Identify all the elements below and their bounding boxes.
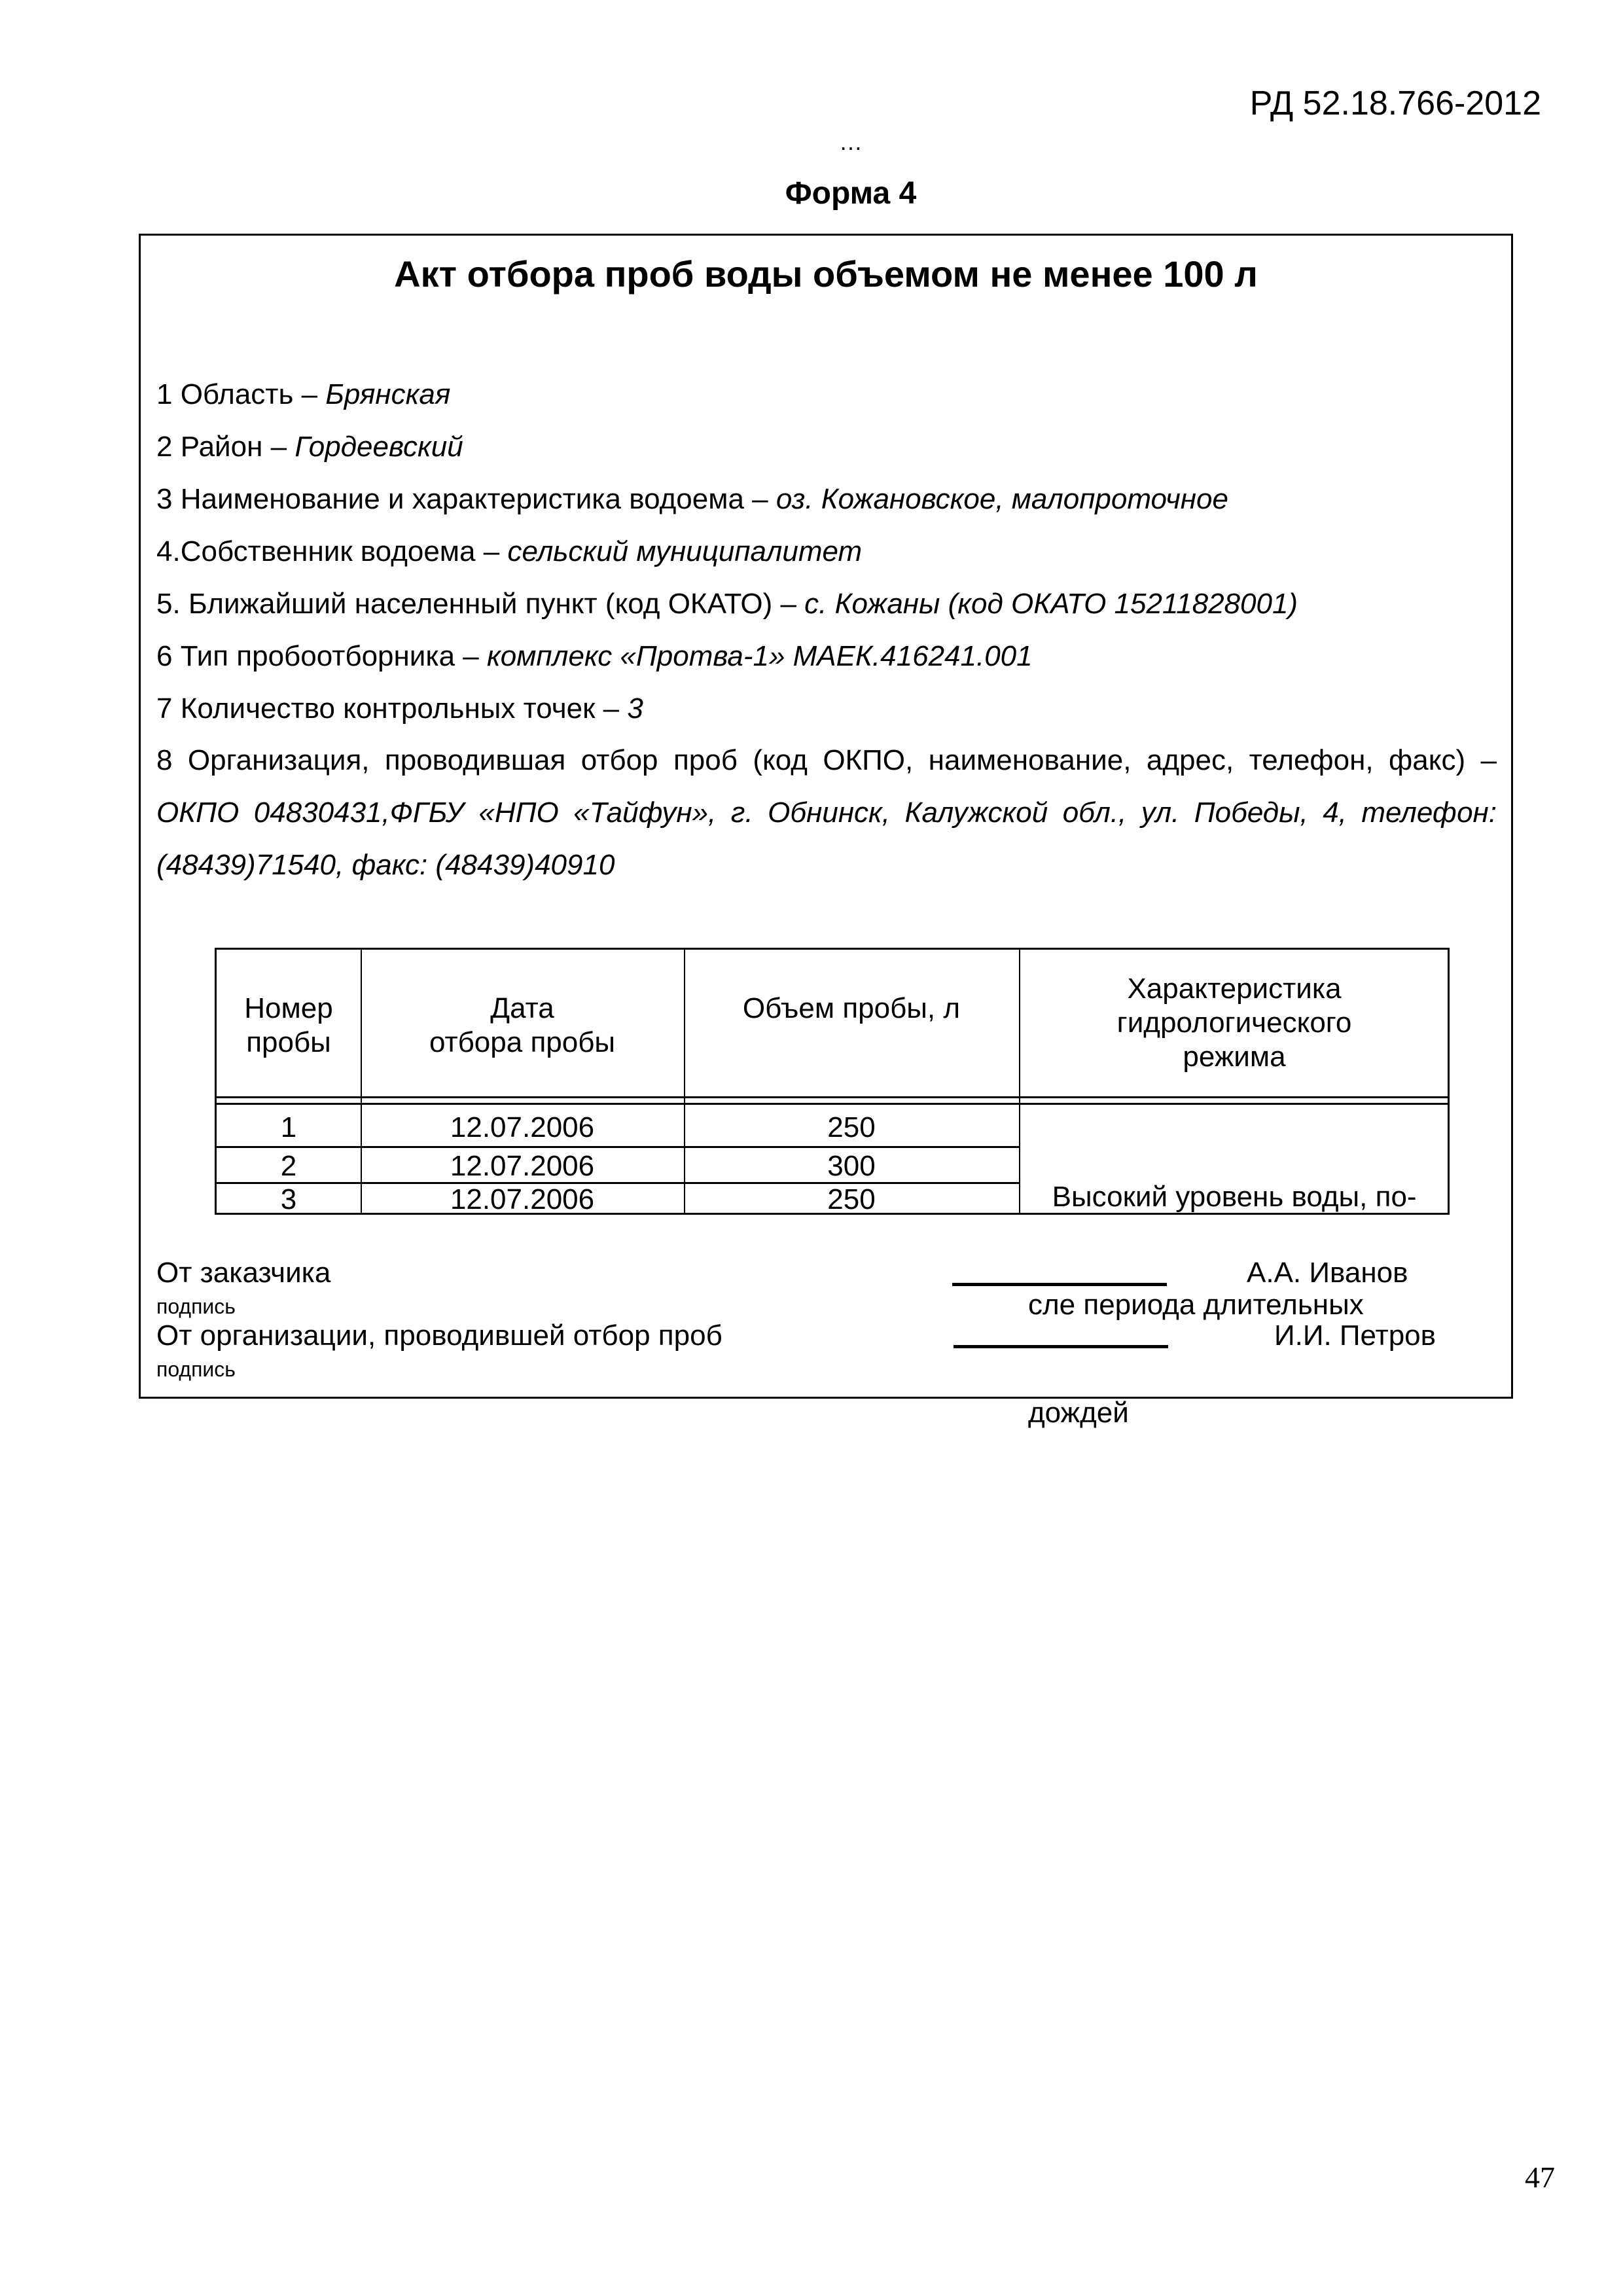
field-value: Гордеевский	[294, 431, 463, 463]
signature-organization-line	[954, 1345, 1168, 1348]
cell-date: 12.07.2006	[361, 1109, 684, 1146]
signature-customer-label: От заказчика	[156, 1257, 330, 1289]
form-label: Форма 4	[0, 175, 1623, 211]
signature-customer-line	[952, 1283, 1167, 1286]
field-value: сельский муниципалитет	[507, 535, 862, 567]
cell-volume: 300	[684, 1148, 1019, 1185]
signature-organization-sub: подпись	[156, 1357, 236, 1382]
field-label: 8 Организация, проводившая отбор проб (к…	[156, 744, 1497, 776]
act-frame: Акт отбора проб воды объемом не менее 10…	[139, 234, 1513, 1399]
field-organization: 8 Организация, проводившая отбор проб (к…	[156, 734, 1497, 891]
act-title: Акт отбора проб воды объемом не менее 10…	[141, 253, 1511, 295]
field-label: 5. Ближайший населенный пункт (код ОКАТО…	[156, 588, 804, 620]
field-value: Брянская	[325, 378, 450, 410]
page-number: 47	[1525, 2160, 1555, 2195]
cell-number: 2	[217, 1148, 361, 1185]
field-value: ОКПО 04830431,ФГБУ «НПО «Тайфун», г. Обн…	[156, 797, 1497, 881]
field-value: с. Кожаны (код ОКАТО 15211828001)	[804, 588, 1298, 620]
samples-table: Номер пробы Дата отбора пробы Объем проб…	[215, 948, 1450, 1215]
field-label: 1 Область –	[156, 378, 325, 410]
signature-customer-name: А.А. Иванов	[1247, 1257, 1408, 1289]
field-settlement: 5. Ближайший населенный пункт (код ОКАТО…	[156, 588, 1298, 620]
field-label: 3 Наименование и характеристика водоема …	[156, 483, 776, 515]
field-district: 2 Район – Гордеевский	[156, 431, 463, 463]
field-control-points: 7 Количество контрольных точек – 3	[156, 692, 643, 725]
cell-number: 1	[217, 1109, 361, 1146]
header-divider	[217, 1096, 1448, 1098]
field-label: 2 Район –	[156, 431, 294, 463]
field-sampler-type: 6 Тип пробоотборника – комплекс «Протва-…	[156, 640, 1033, 673]
field-value: комплекс «Протва-1» МАЕК.416241.001	[487, 640, 1033, 672]
header-date: Дата отбора пробы	[361, 992, 684, 1060]
field-value: 3	[627, 692, 643, 725]
field-waterbody: 3 Наименование и характеристика водоема …	[156, 483, 1228, 516]
header-regime: Характеристика гидрологического режима	[1019, 972, 1450, 1074]
signature-customer-sub: подпись	[156, 1295, 236, 1319]
field-region: 1 Область – Брянская	[156, 378, 450, 411]
field-label: 6 Тип пробоотборника –	[156, 640, 487, 672]
field-value: оз. Кожановское, малопроточное	[776, 483, 1228, 515]
document-code: РД 52.18.766-2012	[1250, 84, 1541, 123]
header-volume: Объем пробы, л	[684, 992, 1019, 1026]
cell-volume: 250	[684, 1183, 1019, 1216]
ellipsis: …	[0, 128, 1623, 156]
cell-regime: Высокий уровень воды, по- сле периода дл…	[1022, 1107, 1447, 1503]
cell-volume: 250	[684, 1109, 1019, 1146]
signature-organization-name: И.И. Петров	[1274, 1319, 1436, 1352]
field-owner: 4.Собственник водоема – сельский муницип…	[156, 535, 862, 568]
cell-date: 12.07.2006	[361, 1183, 684, 1216]
cell-date: 12.07.2006	[361, 1148, 684, 1185]
field-label: 4.Собственник водоема –	[156, 535, 507, 567]
header-divider	[217, 1103, 1448, 1105]
field-label: 7 Количество контрольных точек –	[156, 692, 627, 725]
signature-organization-label: От организации, проводившей отбор проб	[156, 1319, 722, 1352]
header-number: Номер пробы	[217, 992, 361, 1060]
cell-number: 3	[217, 1183, 361, 1216]
